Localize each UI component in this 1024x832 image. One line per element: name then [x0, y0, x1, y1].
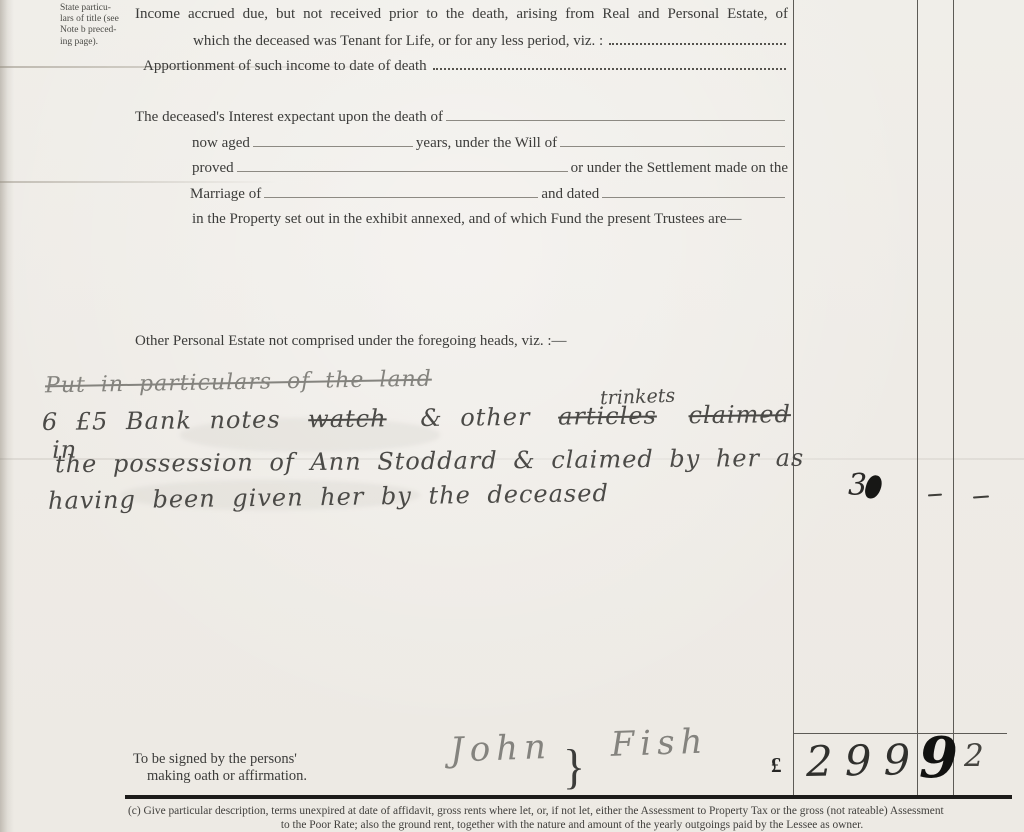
handwritten-entry-line3: having been given her by the deceased: [48, 479, 609, 515]
margin-note-line: lars of title (see: [60, 14, 134, 25]
entry-struck-claimed: claimed: [688, 400, 791, 429]
money-column-rule-shillings: [917, 0, 918, 797]
margin-note: State particu- lars of title (see Note b…: [60, 3, 134, 48]
interest-line3-pre: proved: [135, 159, 234, 177]
margin-note-line: State particu-: [60, 3, 134, 14]
entry-seg2: & other: [420, 403, 531, 432]
money-column-rule-pence: [953, 0, 954, 797]
blank-line: [560, 145, 785, 147]
interest-line2-mid: years, under the Will of: [416, 134, 557, 152]
handwritten-crossed-note: Put in particulars of the land: [45, 367, 432, 399]
entry-amount-shillings-dash: [928, 494, 942, 497]
scanned-estate-form-page: State particu- lars of title (see Note b…: [0, 0, 1024, 832]
entry-seg1: 6 £5 Bank notes: [42, 405, 281, 435]
total-pence: 2: [964, 738, 984, 774]
pound-sign: £: [771, 753, 782, 778]
pounds-digit: 3: [848, 468, 867, 503]
total-row-top-rule: [793, 733, 1007, 734]
other-estate-heading: Other Personal Estate not comprised unde…: [135, 332, 567, 350]
paper-crease: [0, 181, 280, 183]
margin-note-line: ing page).: [60, 37, 134, 48]
bottom-heavy-rule: [125, 795, 1012, 799]
deponent-signature: John Fish: [449, 722, 709, 771]
entry-amount-pence-dash: [973, 495, 989, 498]
blank-line: [602, 196, 785, 198]
interest-line1: The deceased's Interest expectant upon t…: [135, 108, 443, 126]
dotted-leader: [609, 42, 786, 45]
footnote: (c) Give particular description, terms u…: [128, 804, 1016, 832]
interest-line3-post: or under the Settlement made on the: [571, 159, 788, 177]
money-column-rule-pounds: [793, 0, 794, 797]
signature-instruction-line2: making oath or affirmation.: [133, 768, 307, 785]
footnote-line2: to the Poor Rate; also the ground rent, …: [128, 818, 1016, 832]
interest-line4-mid: and dated: [541, 185, 599, 203]
signature-instruction-line1: To be signed by the persons': [133, 751, 307, 768]
margin-note-line: Note b preced-: [60, 25, 134, 36]
entry-amount-pounds: 3: [848, 468, 881, 503]
interest-line5: in the Property set out in the exhibit a…: [192, 210, 792, 228]
income-line3: Apportionment of such income to date of …: [135, 57, 427, 75]
signature-instruction: To be signed by the persons' making oath…: [133, 751, 307, 786]
interest-line2-pre: now aged: [135, 134, 250, 152]
total-shillings: 9: [919, 725, 958, 791]
handwritten-entry-line2: the possession of Ann Stoddard & claimed…: [55, 444, 804, 479]
paper-left-edge-shadow: [0, 0, 14, 832]
income-line2: which the deceased was Tenant for Life, …: [135, 32, 603, 50]
total-pounds: 299: [806, 735, 923, 786]
handwritten-inserted-word: trinkets: [600, 385, 676, 410]
blank-line: [264, 196, 538, 198]
blank-line: [446, 119, 785, 121]
income-line1: Income accrued due, but not received pri…: [135, 5, 788, 23]
interest-line4-pre: Marriage of: [135, 185, 261, 203]
footnote-line1: (c) Give particular description, terms u…: [128, 804, 1016, 818]
entry-struck-watch: watch: [308, 404, 387, 433]
blank-line: [253, 145, 413, 147]
blank-line: [237, 170, 568, 172]
dotted-leader: [433, 67, 786, 70]
